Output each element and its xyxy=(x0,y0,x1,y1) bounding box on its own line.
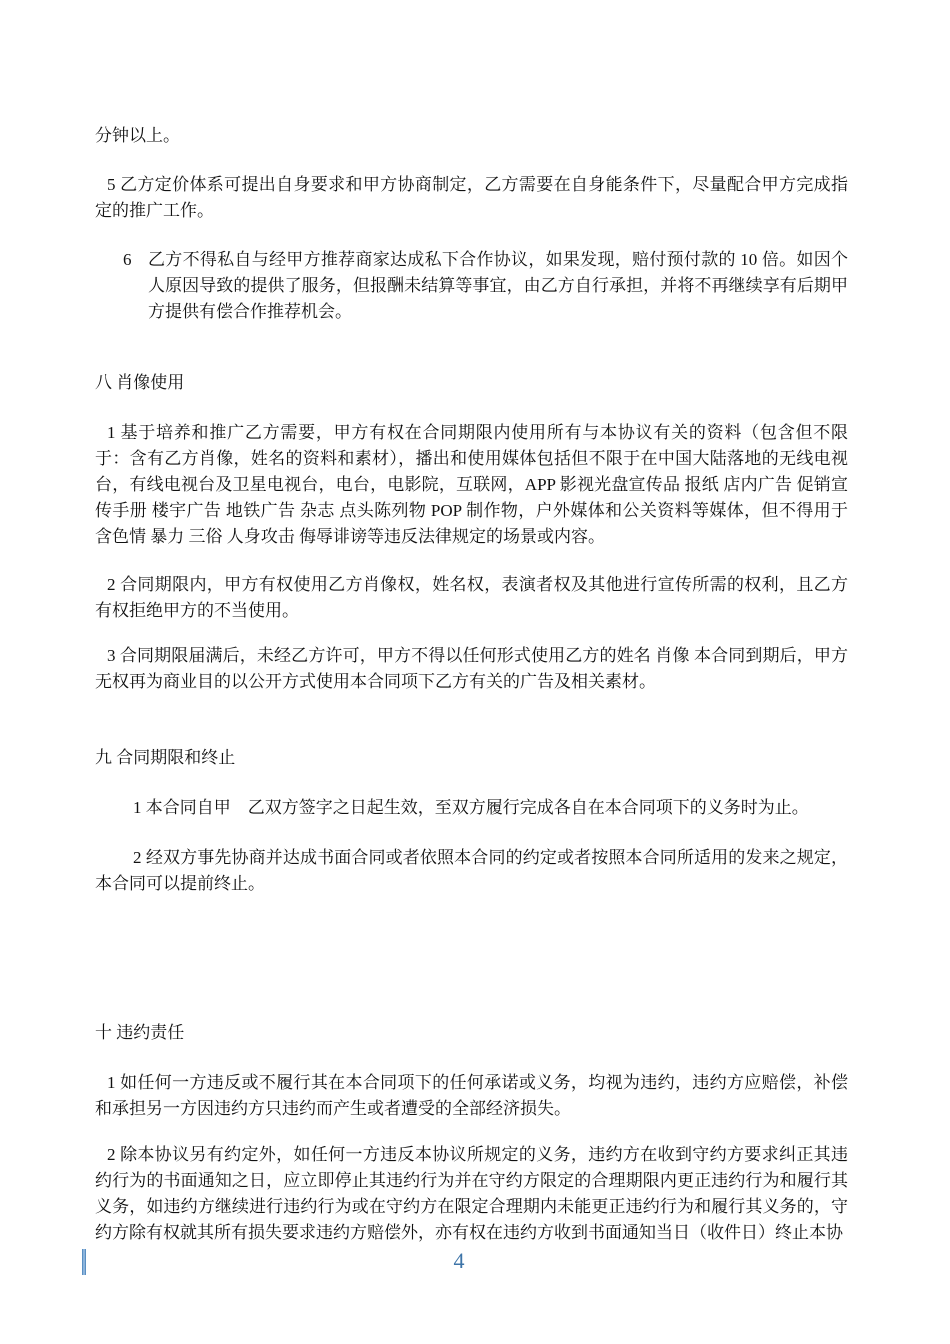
section-10-heading: 十 违约责任 xyxy=(95,1020,848,1046)
document-page: 分钟以上。 5 乙方定价体系可提出自身要求和甲方协商制定，乙方需要在自身能条件下… xyxy=(0,0,950,1344)
section-8-paragraph-1: 1 基于培养和推广乙方需要，甲方有权在合同期限内使用所有与本协议有关的资料（包含… xyxy=(95,420,848,550)
paragraph-continuation: 分钟以上。 xyxy=(95,123,848,149)
section-8-paragraph-3: 3 合同期限届满后，未经乙方许可，甲方不得以任何形式使用乙方的姓名 肖像 本合同… xyxy=(95,643,848,695)
text-cursor-bar xyxy=(82,1249,86,1275)
section-8-heading: 八 肖像使用 xyxy=(95,370,848,396)
section-10-paragraph-1: 1 如任何一方违反或不履行其在本合同项下的任何承诺或义务，均视为违约，违约方应赔… xyxy=(95,1070,848,1122)
section-8-paragraph-2: 2 合同期限内，甲方有权使用乙方肖像权，姓名权，表演者权及其他进行宣传所需的权利… xyxy=(95,572,848,624)
section-9-paragraph-2: 2 经双方事先协商并达成书面合同或者依照本合同的约定或者按照本合同所适用的发来之… xyxy=(95,845,848,897)
paragraph-item-5: 5 乙方定价体系可提出自身要求和甲方协商制定，乙方需要在自身能条件下，尽量配合甲… xyxy=(95,172,848,224)
list-item-6-text: 乙方不得私自与经甲方推荐商家达成私下合作协议，如果发现，赔付预付款的 10 倍。… xyxy=(148,247,848,325)
page-number: 4 xyxy=(432,1246,486,1276)
list-item-6-number: 6 xyxy=(123,247,143,273)
list-item-6: 6 乙方不得私自与经甲方推荐商家达成私下合作协议，如果发现，赔付预付款的 10 … xyxy=(95,247,848,325)
section-9-paragraph-1: 1 本合同自甲 乙双方签字之日起生效，至双方履行完成各自在本合同项下的义务时为止… xyxy=(95,795,848,821)
section-9-heading: 九 合同期限和终止 xyxy=(95,745,848,771)
section-10-paragraph-2: 2 除本协议另有约定外，如任何一方违反本协议所规定的义务，违约方在收到守约方要求… xyxy=(95,1142,848,1246)
